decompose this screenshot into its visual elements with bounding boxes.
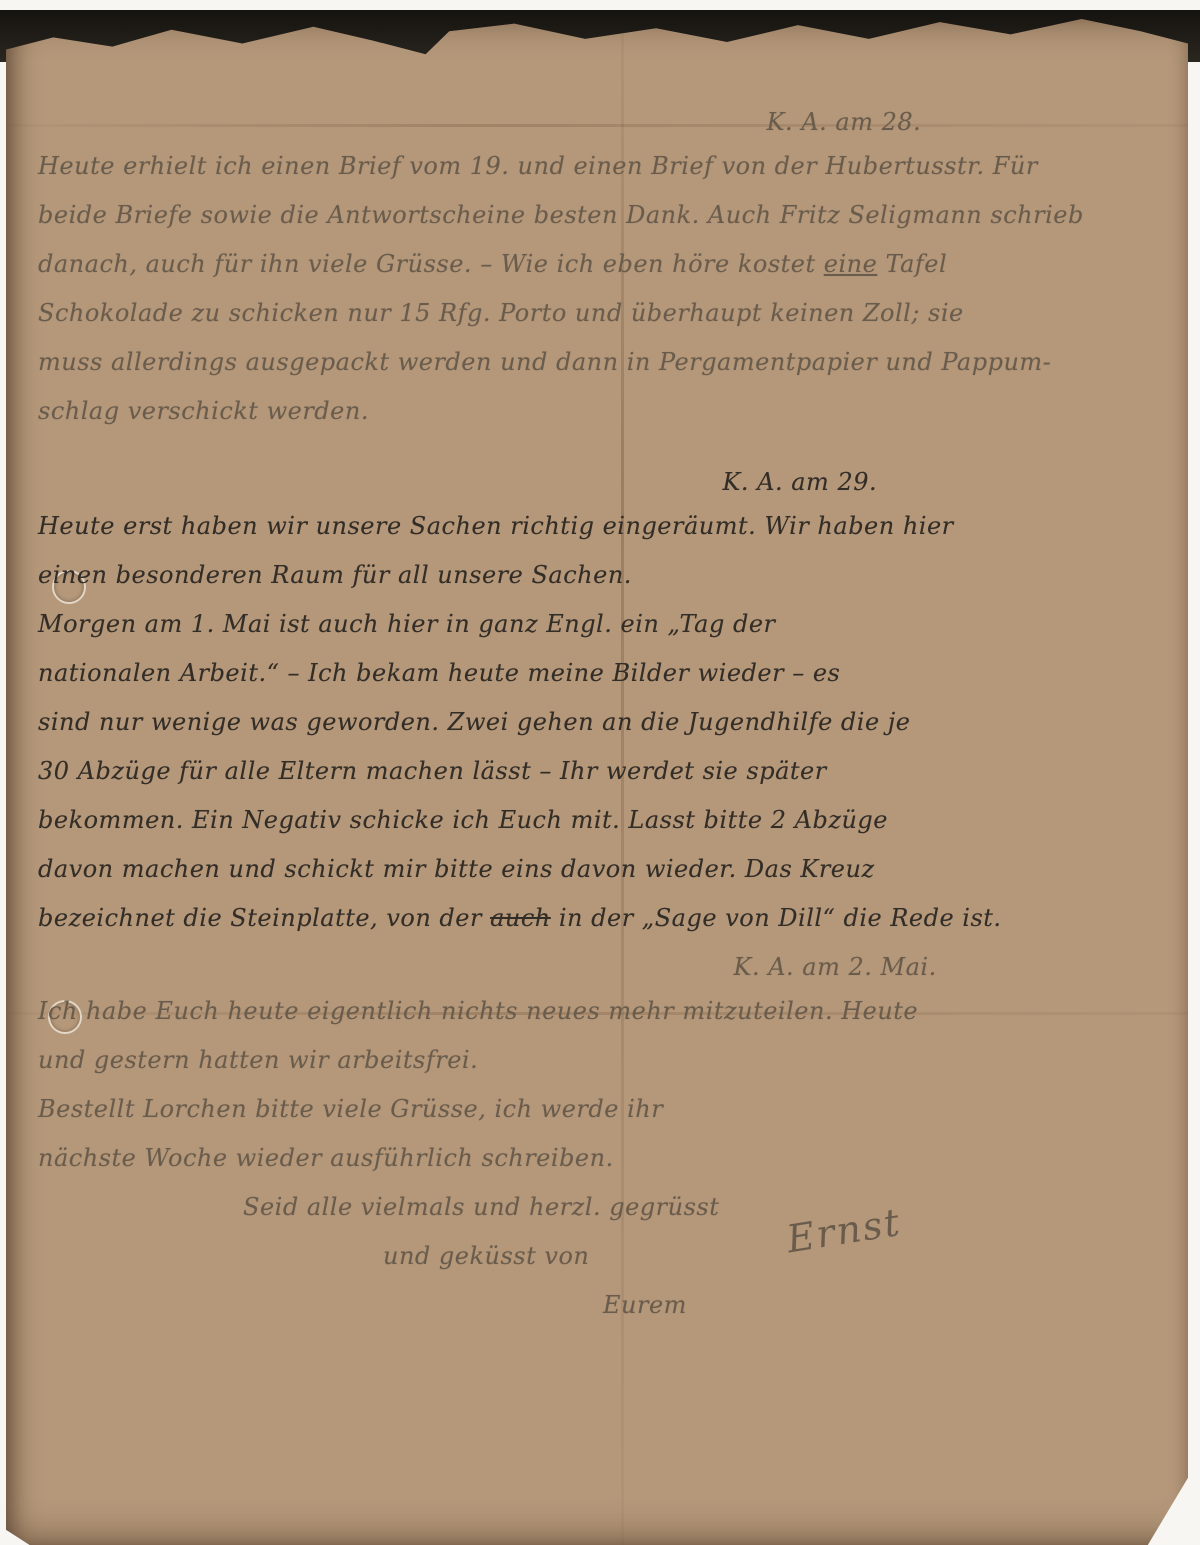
letter-line: Schokolade zu schicken nur 15 Rfg. Porto…: [38, 289, 1142, 338]
letter-line: Heute erhielt ich einen Brief vom 19. un…: [38, 142, 1142, 191]
letter-line: schlag verschickt werden.: [38, 387, 1142, 436]
section-dateline: K. A. am 29.: [38, 462, 1142, 502]
letter-body: K. A. am 28.Heute erhielt ich einen Brie…: [6, 16, 1188, 1380]
text-segment: bezeichnet die Steinplatte, von der: [38, 904, 490, 932]
letter-line: Bestellt Lorchen bitte viele Grüsse, ich…: [38, 1085, 1142, 1134]
text-segment: auch: [490, 904, 551, 932]
letter-line: einen besonderen Raum für all unsere Sac…: [38, 551, 1142, 600]
letter-line: Heute erst haben wir unsere Sachen richt…: [38, 502, 1142, 551]
letter-line: Ich habe Euch heute eigentlich nichts ne…: [38, 987, 1142, 1036]
letter-line: beide Briefe sowie die Antwortscheine be…: [38, 191, 1142, 240]
letter-section: K. A. am 29.Heute erst haben wir unsere …: [38, 462, 1142, 943]
letter-line: nächste Woche wieder ausführlich schreib…: [38, 1134, 1142, 1183]
letter-line: danach, auch für ihn viele Grüsse. – Wie…: [38, 240, 1142, 289]
section-dateline: K. A. am 28.: [38, 102, 1142, 142]
section-dateline: K. A. am 2. Mai.: [38, 947, 1142, 987]
letter-line: nationalen Arbeit.“ – Ich bekam heute me…: [38, 649, 1142, 698]
text-segment: danach, auch für ihn viele Grüsse. – Wie…: [38, 250, 824, 278]
letter-line: und gestern hatten wir arbeitsfrei.: [38, 1036, 1142, 1085]
letter-paper-sheet: K. A. am 28.Heute erhielt ich einen Brie…: [6, 16, 1188, 1545]
letter-line: muss allerdings ausgepackt werden und da…: [38, 338, 1142, 387]
letter-line: 30 Abzüge für alle Eltern machen lässt –…: [38, 747, 1142, 796]
letter-section: K. A. am 28.Heute erhielt ich einen Brie…: [38, 102, 1142, 436]
letter-line: Morgen am 1. Mai ist auch hier in ganz E…: [38, 600, 1142, 649]
letter-line: davon machen und schickt mir bitte eins …: [38, 845, 1142, 894]
text-segment: in der „Sage von Dill“ die Rede ist.: [551, 904, 1002, 932]
letter-line: sind nur wenige was geworden. Zwei gehen…: [38, 698, 1142, 747]
letter-line: bezeichnet die Steinplatte, von der auch…: [38, 894, 1142, 943]
letter-line: bekommen. Ein Negativ schicke ich Euch m…: [38, 796, 1142, 845]
text-segment: eine: [824, 250, 878, 278]
text-segment: Tafel: [877, 250, 947, 278]
